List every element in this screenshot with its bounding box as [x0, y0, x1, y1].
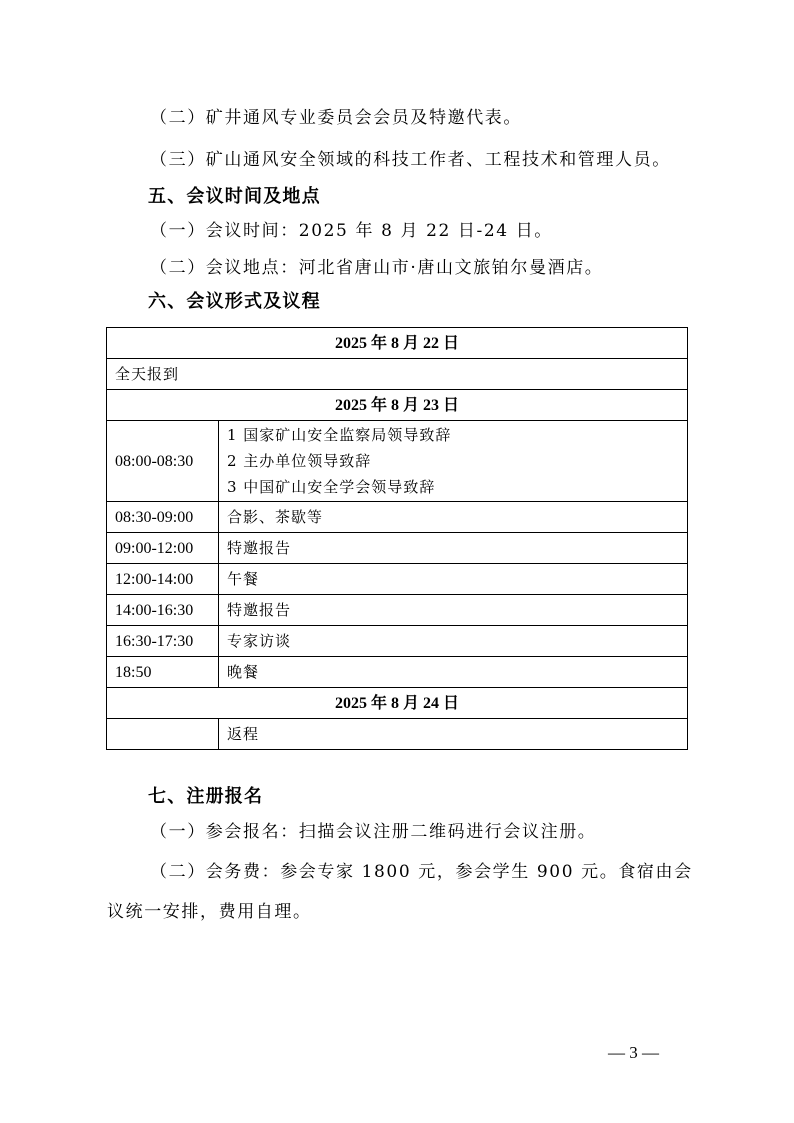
meeting-time: （一）会议时间：2025 年 8 月 22 日-24 日。 [150, 221, 553, 241]
table-row: 16:30-17:30 专家访谈 [107, 626, 688, 657]
section-7-heading: 七、注册报名 [148, 786, 263, 808]
date-row-day2: 2025 年 8 月 23 日 [107, 390, 688, 421]
table-row: 返程 [107, 719, 688, 750]
participant-item-3: （三）矿山通风安全领域的科技工作者、工程技术和管理人员。 [150, 150, 671, 170]
activity-cell: 1 国家矿山安全监察局领导致辞 2 主办单位领导致辞 3 中国矿山安全学会领导致… [219, 421, 688, 502]
table-row: 08:00-08:30 1 国家矿山安全监察局领导致辞 2 主办单位领导致辞 3… [107, 421, 688, 502]
time-cell: 08:00-08:30 [107, 421, 219, 502]
activity-cell: 合影、茶歇等 [219, 502, 688, 533]
table-row: 12:00-14:00 午餐 [107, 564, 688, 595]
fee-line-2: 议统一安排，费用自理。 [107, 902, 312, 922]
date-cell: 2025 年 8 月 23 日 [107, 390, 688, 421]
speech-item: 2 主办单位领导致辞 [227, 448, 687, 474]
date-row-day3: 2025 年 8 月 24 日 [107, 688, 688, 719]
section-6-heading: 六、会议形式及议程 [148, 291, 321, 313]
time-cell: 09:00-12:00 [107, 533, 219, 564]
activity-cell: 午餐 [219, 564, 688, 595]
page-number: — 3 — [608, 1043, 659, 1063]
table-row: 18:50 晚餐 [107, 657, 688, 688]
activity-cell: 专家访谈 [219, 626, 688, 657]
speech-item: 3 中国矿山安全学会领导致辞 [227, 474, 687, 500]
participant-item-2: （二）矿井通风专业委员会会员及特邀代表。 [150, 108, 522, 128]
date-cell: 2025 年 8 月 24 日 [107, 688, 688, 719]
time-cell: 16:30-17:30 [107, 626, 219, 657]
agenda-table: 2025 年 8 月 22 日 全天报到 2025 年 8 月 23 日 08:… [106, 327, 688, 750]
table-row: 08:30-09:00 合影、茶歇等 [107, 502, 688, 533]
time-cell [107, 719, 219, 750]
speech-item: 1 国家矿山安全监察局领导致辞 [227, 422, 687, 448]
fee-line-1: （二）会务费：参会专家 1800 元，参会学生 900 元。食宿由会 [150, 862, 693, 882]
registration-method: （一）参会报名：扫描会议注册二维码进行会议注册。 [150, 822, 596, 842]
section-5-heading: 五、会议时间及地点 [148, 186, 321, 208]
date-row-day1: 2025 年 8 月 22 日 [107, 328, 688, 359]
meeting-location: （二）会议地点：河北省唐山市·唐山文旅铂尔曼酒店。 [150, 258, 603, 278]
time-cell: 18:50 [107, 657, 219, 688]
activity-cell: 晚餐 [219, 657, 688, 688]
table-row: 全天报到 [107, 359, 688, 390]
table-row: 09:00-12:00 特邀报告 [107, 533, 688, 564]
date-cell: 2025 年 8 月 22 日 [107, 328, 688, 359]
time-cell: 08:30-09:00 [107, 502, 219, 533]
activity-cell: 特邀报告 [219, 595, 688, 626]
time-cell: 14:00-16:30 [107, 595, 219, 626]
registration-note: 全天报到 [107, 359, 688, 390]
time-cell: 12:00-14:00 [107, 564, 219, 595]
activity-cell: 返程 [219, 719, 688, 750]
table-row: 14:00-16:30 特邀报告 [107, 595, 688, 626]
activity-cell: 特邀报告 [219, 533, 688, 564]
